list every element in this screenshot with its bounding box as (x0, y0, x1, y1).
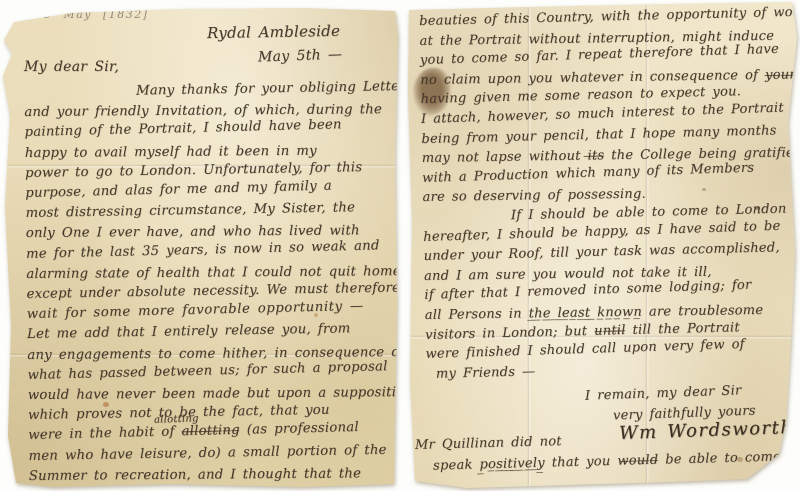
manuscript-line: Summer to recreation, and I thought that… (29, 464, 419, 487)
letter-page-1: · 5 May [1832] Rydal Ambleside May 5th —… (2, 6, 398, 487)
page2-body-text: beauties of this Country, with the oppor… (419, 4, 800, 384)
letter-page-2-wrap: beauties of this Country, with the oppor… (407, 2, 799, 490)
interlinear-insertion: allotting (154, 413, 199, 426)
closing-line-1: I remain, my dear Sir (585, 383, 742, 403)
letter-page-2: beauties of this Country, with the oppor… (407, 2, 799, 490)
archival-date-note: · 5 May [1832] (28, 8, 149, 21)
dateline-place: Rydal Ambleside (207, 22, 340, 42)
manuscript-letter-scan: · 5 May [1832] Rydal Ambleside May 5th —… (0, 0, 800, 491)
postscript-line-2: speak p̲o̲s̲i̲t̲i̲v̲e̲l̲y̲ that you w̶o̶… (433, 449, 786, 473)
letter-page-1-wrap: · 5 May [1832] Rydal Ambleside May 5th —… (2, 6, 398, 487)
postscript-line-1: Mr Quillinan did not (415, 434, 562, 453)
page1-body-text: Many thanks for your obliging Letterand … (24, 78, 419, 487)
salutation: My dear Sir, (24, 59, 119, 75)
manuscript-line: Many thanks for your obliging Letter (136, 77, 414, 102)
dateline-date: May 5th — (258, 47, 343, 66)
